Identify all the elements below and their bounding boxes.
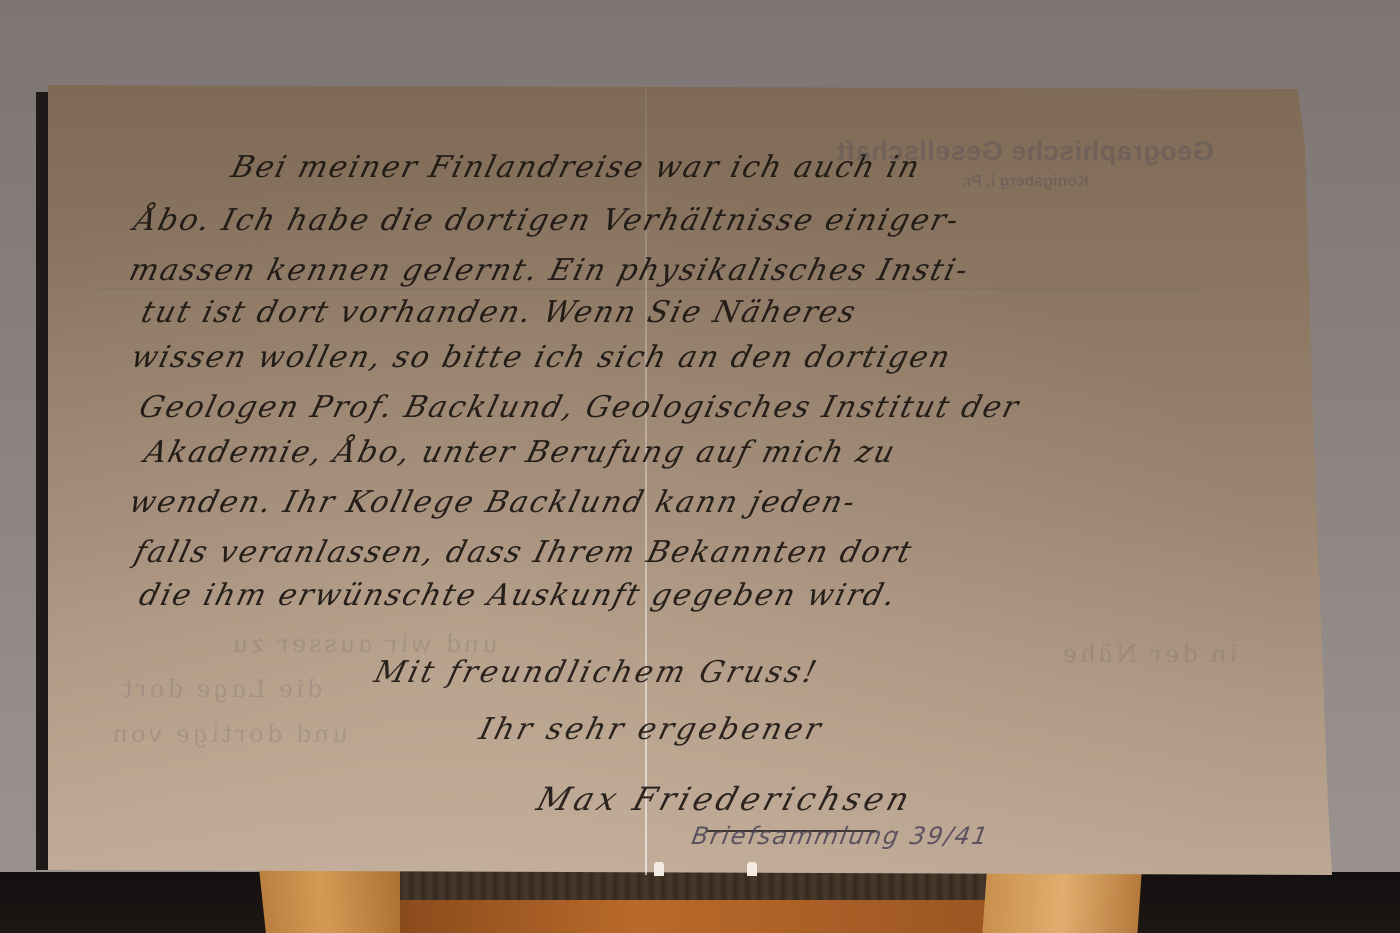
letter-line: Åbo. Ich habe die dortigen Verhältnisse …	[131, 203, 964, 238]
letter-line: die ihm erwünschte Auskunft gegeben wird…	[136, 578, 901, 613]
letter-line: Akademie, Åbo, unter Berufung auf mich z…	[141, 435, 900, 470]
photo-scene: Geographische Gesellschaft Königsberg i.…	[0, 0, 1400, 933]
pencil-archive-note: Briefsammlung 39/41	[690, 822, 992, 850]
letter-line: tut ist dort vorhanden. Wenn Sie Näheres	[138, 295, 861, 330]
letter-line: massen kennen gelernt. Ein physikalische…	[126, 253, 973, 288]
letter-line: Bei meiner Finlandreise war ich auch in	[228, 150, 925, 185]
letter-line: wenden. Ihr Kollege Backlund kann jeden-	[126, 485, 861, 520]
letter-line: falls veranlassen, dass Ihrem Bekannten …	[131, 535, 917, 570]
letter-body: Bei meiner Finlandreise war ich auch in …	[0, 0, 1400, 933]
letter-line: wissen wollen, so bitte ich sich an den …	[128, 340, 956, 375]
letter-line: Geologen Prof. Backlund, Geologisches In…	[136, 390, 1024, 425]
signature: Max Friederichsen	[533, 780, 918, 818]
closing-valediction: Ihr sehr ergebener	[476, 712, 828, 747]
closing-greeting: Mit freundlichem Gruss!	[371, 655, 823, 690]
